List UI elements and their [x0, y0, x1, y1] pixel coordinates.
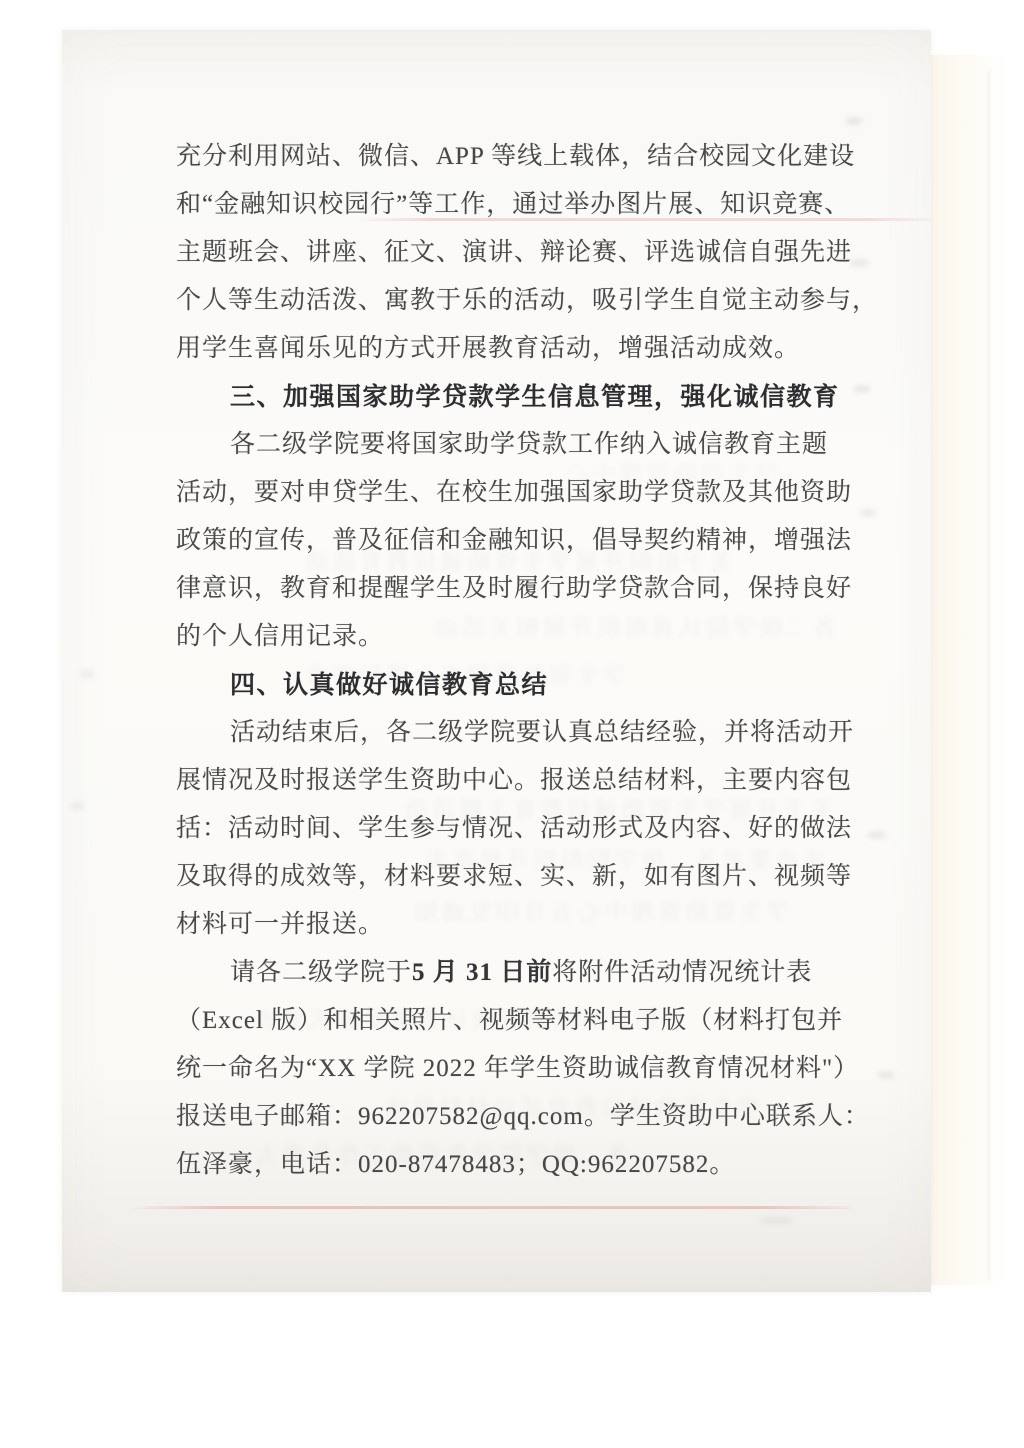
text-segment: 将附件活动情况统计表 — [552, 959, 812, 986]
text-segment: 统一命名为“XX 学院 2022 年学生资助诚信教育情况材料"） — [176, 1055, 859, 1082]
text-segment: 和“金融知识校园行”等工作，通过举办图片展、知识竞赛、 — [176, 191, 850, 218]
text-line: 统一命名为“XX 学院 2022 年学生资助诚信教育情况材料"） — [176, 1045, 866, 1093]
text-segment: 律意识，教育和提醒学生及时履行助学贷款合同，保持良好 — [176, 575, 852, 602]
document-body: 充分利用网站、微信、APP 等线上载体，结合校园文化建设和“金融知识校园行”等工… — [176, 133, 866, 1189]
text-segment: 报送电子邮箱：962207582@qq.com。学生资助中心联系人： — [176, 1103, 870, 1130]
text-segment: 及取得的成效等，材料要求短、实、新，如有图片、视频等 — [176, 863, 852, 890]
text-line: 充分利用网站、微信、APP 等线上载体，结合校园文化建设 — [176, 133, 866, 181]
scan-smudge — [80, 670, 94, 678]
text-segment: 用学生喜闻乐见的方式开展教育活动，增强活动成效。 — [176, 335, 800, 362]
text-segment: 充分利用网站、微信、APP 等线上载体，结合校园文化建设 — [176, 143, 855, 170]
text-segment: 材料可一并报送。 — [176, 911, 384, 938]
text-segment: 个人等生动活泼、寓教于乐的活动，吸引学生自觉主动参与， — [176, 287, 878, 314]
text-segment: 括：活动时间、学生参与情况、活动形式及内容、好的做法 — [176, 815, 852, 842]
text-segment: 活动结束后，各二级学院要认真总结经验，并将活动开 — [230, 719, 854, 746]
text-line: 及取得的成效等，材料要求短、实、新，如有图片、视频等 — [176, 853, 866, 901]
text-line: 报送电子邮箱：962207582@qq.com。学生资助中心联系人： — [176, 1093, 866, 1141]
text-segment: 展情况及时报送学生资助中心。报送总结材料，主要内容包 — [176, 767, 852, 794]
text-line: 活动结束后，各二级学院要认真总结经验，并将活动开 — [176, 709, 866, 757]
red-bleed-line — [132, 1206, 850, 1209]
text-segment: 伍泽豪，电话：020-87478483；QQ:962207582。 — [176, 1151, 735, 1178]
red-bleed-line — [360, 218, 933, 221]
text-line: 律意识，教育和提醒学生及时履行助学贷款合同，保持良好 — [176, 565, 866, 613]
text-segment: 各二级学院要将国家助学贷款工作纳入诚信教育主题 — [230, 431, 828, 458]
text-segment: 主题班会、讲座、征文、演讲、辩论赛、评选诚信自强先进 — [176, 239, 852, 266]
scanner-edge-glow — [931, 55, 1009, 1285]
bold-text-segment: 四、认真做好诚信教育总结 — [230, 671, 548, 699]
text-line: 活动，要对申贷学生、在校生加强国家助学贷款及其他资助 — [176, 469, 866, 517]
text-line: 的个人信用记录。 — [176, 613, 866, 661]
text-line: （Excel 版）和相关照片、视频等材料电子版（材料打包并 — [176, 997, 866, 1045]
text-segment: 活动，要对申贷学生、在校生加强国家助学贷款及其他资助 — [176, 479, 852, 506]
text-line: 政策的宣传，普及征信和金融知识，倡导契约精神，增强法 — [176, 517, 866, 565]
text-segment: （Excel 版）和相关照片、视频等材料电子版（材料打包并 — [176, 1007, 843, 1034]
scan-smudge — [70, 802, 84, 810]
text-line: 主题班会、讲座、征文、演讲、辩论赛、评选诚信自强先进 — [176, 229, 866, 277]
scan-smudge — [846, 118, 862, 124]
heading-line: 四、认真做好诚信教育总结 — [176, 661, 866, 709]
scan-background: 充分利用网站、微信、APP 等线上载体，结合校园文化建设和“金融知识校园行”等工… — [0, 0, 1024, 1448]
text-line: 括：活动时间、学生参与情况、活动形式及内容、好的做法 — [176, 805, 866, 853]
text-segment: 请各二级学院于 — [230, 959, 412, 986]
bold-text-segment: 5 月 31 日前 — [412, 959, 552, 986]
text-line: 和“金融知识校园行”等工作，通过举办图片展、知识竞赛、 — [176, 181, 866, 229]
scan-smudge — [878, 1072, 894, 1078]
text-line: 个人等生动活泼、寓教于乐的活动，吸引学生自觉主动参与， — [176, 277, 866, 325]
text-line: 用学生喜闻乐见的方式开展教育活动，增强活动成效。 — [176, 325, 866, 373]
bold-text-segment: 三、加强国家助学贷款学生信息管理，强化诚信教育 — [230, 383, 840, 411]
text-segment: 政策的宣传，普及征信和金融知识，倡导契约精神，增强法 — [176, 527, 852, 554]
text-line: 材料可一并报送。 — [176, 901, 866, 949]
text-segment: 的个人信用记录。 — [176, 623, 384, 650]
text-line: 请各二级学院于5 月 31 日前将附件活动情况统计表 — [176, 949, 866, 997]
text-line: 各二级学院要将国家助学贷款工作纳入诚信教育主题 — [176, 421, 866, 469]
scanner-streak — [988, 70, 990, 1280]
scan-smudge — [868, 832, 886, 838]
text-line: 展情况及时报送学生资助中心。报送总结材料，主要内容包 — [176, 757, 866, 805]
scan-smudge — [762, 1218, 792, 1223]
heading-line: 三、加强国家助学贷款学生信息管理，强化诚信教育 — [176, 373, 866, 421]
scanned-page: 充分利用网站、微信、APP 等线上载体，结合校园文化建设和“金融知识校园行”等工… — [62, 30, 931, 1292]
text-line: 伍泽豪，电话：020-87478483；QQ:962207582。 — [176, 1141, 866, 1189]
